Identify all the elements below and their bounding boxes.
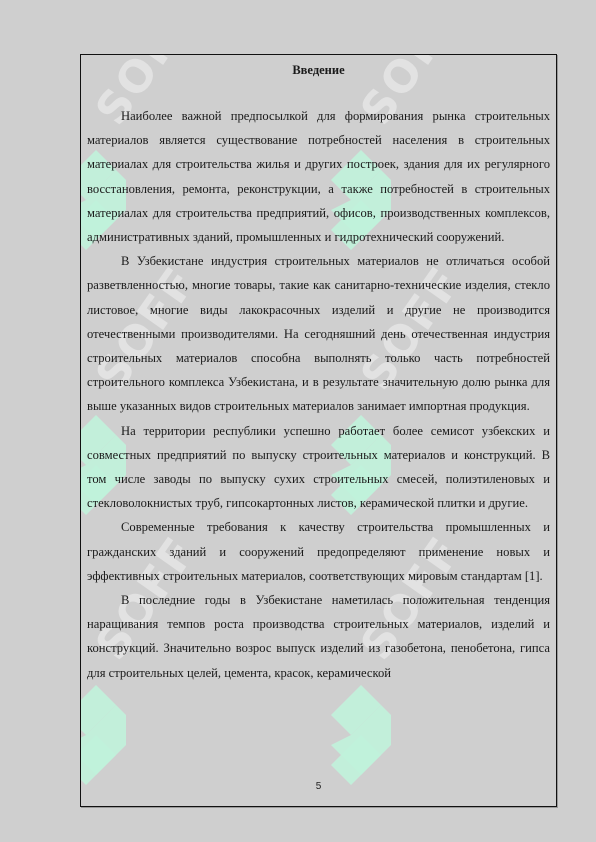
paragraph-2: В Узбекистане индустрия строительных мат… — [87, 249, 550, 418]
watermark-logo-icon — [80, 685, 126, 795]
paragraph-3: На территории республики успешно работае… — [87, 419, 550, 516]
paragraph-5: В последние годы в Узбекистане наметилас… — [87, 588, 550, 685]
page-content: Введение Наиболее важной предпосылкой дл… — [87, 55, 550, 685]
paragraph-1: Наиболее важной предпосылкой для формиро… — [87, 104, 550, 249]
watermark-logo-icon — [331, 685, 391, 795]
paragraph-4: Современные требования к качеству строит… — [87, 515, 550, 588]
section-heading: Введение — [87, 60, 550, 80]
heading-spacer — [87, 80, 550, 104]
page-number: 5 — [81, 781, 556, 792]
document-page: SOFF SOFF SOFF SOFF SOFF — [80, 54, 557, 807]
